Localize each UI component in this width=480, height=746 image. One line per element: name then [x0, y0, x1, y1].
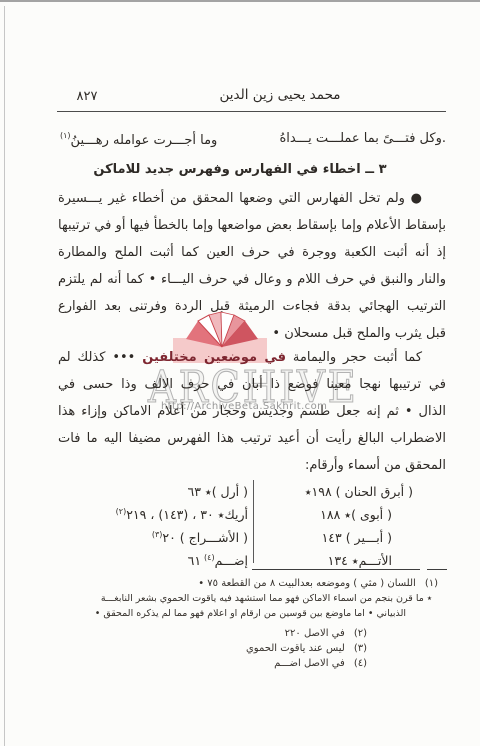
watermark-tinted-words: في موضعين مختلفين — [142, 350, 286, 365]
text-line: المحقق من أسماء وأرقام: — [58, 452, 446, 479]
text-line: إذ أنه أثبت الكعبة ووجرة في حرف العين كم… — [58, 239, 446, 266]
text-line: الترتيب الهجائي بدقة فجاءت الرميثة قبل ا… — [58, 293, 446, 320]
page-content: ٨٢٧ محمد يحيى زين الدين .وكل فتـــىً بما… — [0, 0, 480, 746]
index-column-first: ( أبرق الحنان ) ١٩٨٭ ( أبوى )٭ ١٨٨ ( أبـ… — [278, 477, 413, 569]
index-column-divider — [253, 480, 254, 563]
text-line: الذال • ثم إنه جعل طسم وجديس وحجار من أع… — [58, 398, 446, 425]
index-entry: الأتـــم٭ ١٣٤ — [278, 546, 413, 569]
page-number: ٨٢٧ — [62, 89, 112, 104]
poetry-verse: .وكل فتـــىً بما عملـــت يـــداهُ وما أج… — [60, 131, 446, 148]
index-entry: ( أبرق الحنان ) ١٩٨٭ — [278, 477, 413, 500]
footnote-separator — [252, 569, 420, 570]
text-line: الاضطراب البالغ رأيت أن أعيد ترتيب هذا ا… — [58, 425, 446, 452]
footnote-separator-segment — [427, 569, 447, 570]
index-entry: ( الأشـــراج ) ٢٠(٣) — [58, 523, 248, 546]
hemistich-second: وما أجـــرت عوامله رهـــينُ(١) — [60, 131, 217, 148]
hemistich-first: .وكل فتـــىً بما عملـــت يـــداهُ — [279, 131, 446, 148]
text-line: في ترتيبها نهجا معينا فوضع ذا أبان في حر… — [58, 371, 446, 398]
footnote-star-line-2: الذبياني • اما ماوضع بين قوسين من ارقام … — [30, 606, 446, 621]
index-column-second: ( أرل )٭ ٦٣ أريك٭ ٣٠ ، (١٤٣) ، ٢١٩(٢) ( … — [58, 477, 248, 569]
text-line: بإسقاط الأعلام وإما بإسقاط بعض مواضعها و… — [58, 212, 446, 239]
footnote-4: (٤)في الاصل اضـــم — [30, 656, 446, 671]
running-head-title: محمد يحيى زين الدين — [200, 87, 360, 103]
footnotes-block: (١)اللسان ( مثي ) وموضعه بعدالبيت ٨ من ا… — [30, 576, 446, 671]
text-line: والنار والنبق في حرف اللام و وعال في حرف… — [58, 266, 446, 293]
footnote-star-line-1: ٭ ما قرن بنجم من اسماء الاماكن فهو مما ا… — [30, 591, 446, 606]
scanned-book-page: ARCHIVE http://ArchiveBeta.Sakhrit.com ٨… — [0, 0, 480, 746]
footnote-3: (٣)ليس عند ياقوت الحموي — [30, 641, 446, 656]
footnote-1: (١)اللسان ( مثي ) وموضعه بعدالبيت ٨ من ا… — [30, 576, 446, 591]
index-entry: أريك٭ ٣٠ ، (١٤٣) ، ٢١٩(٢) — [58, 500, 248, 523]
index-entry: ( أبوى )٭ ١٨٨ — [278, 500, 413, 523]
index-entry: إضـــم(٤)٦١ — [58, 546, 248, 569]
text-line: قبل يثرب والملح قبل مسحلان • — [58, 320, 446, 347]
header-rule — [57, 111, 446, 112]
text-line: كما أثبت حجر واليمامة في موضعين مختلفين … — [58, 344, 446, 371]
section-heading: ٣ ــ اخطاء في الفهارس وفهرس جديد للاماكن — [0, 162, 480, 177]
index-entry: ( أبـــير ) ١٤٣ — [278, 523, 413, 546]
paragraph-1: ● ولم تخل الفهارس التي وضعها المحقق من أ… — [58, 185, 446, 347]
text-line: ● ولم تخل الفهارس التي وضعها المحقق من أ… — [58, 185, 446, 212]
footnote-2: (٢)في الاصل ٢٢٠ — [30, 626, 446, 641]
index-entry: ( أرل )٭ ٦٣ — [58, 477, 248, 500]
verse-footnote-marker: (١) — [60, 131, 71, 140]
paragraph-2: كما أثبت حجر واليمامة في موضعين مختلفين … — [58, 344, 446, 479]
